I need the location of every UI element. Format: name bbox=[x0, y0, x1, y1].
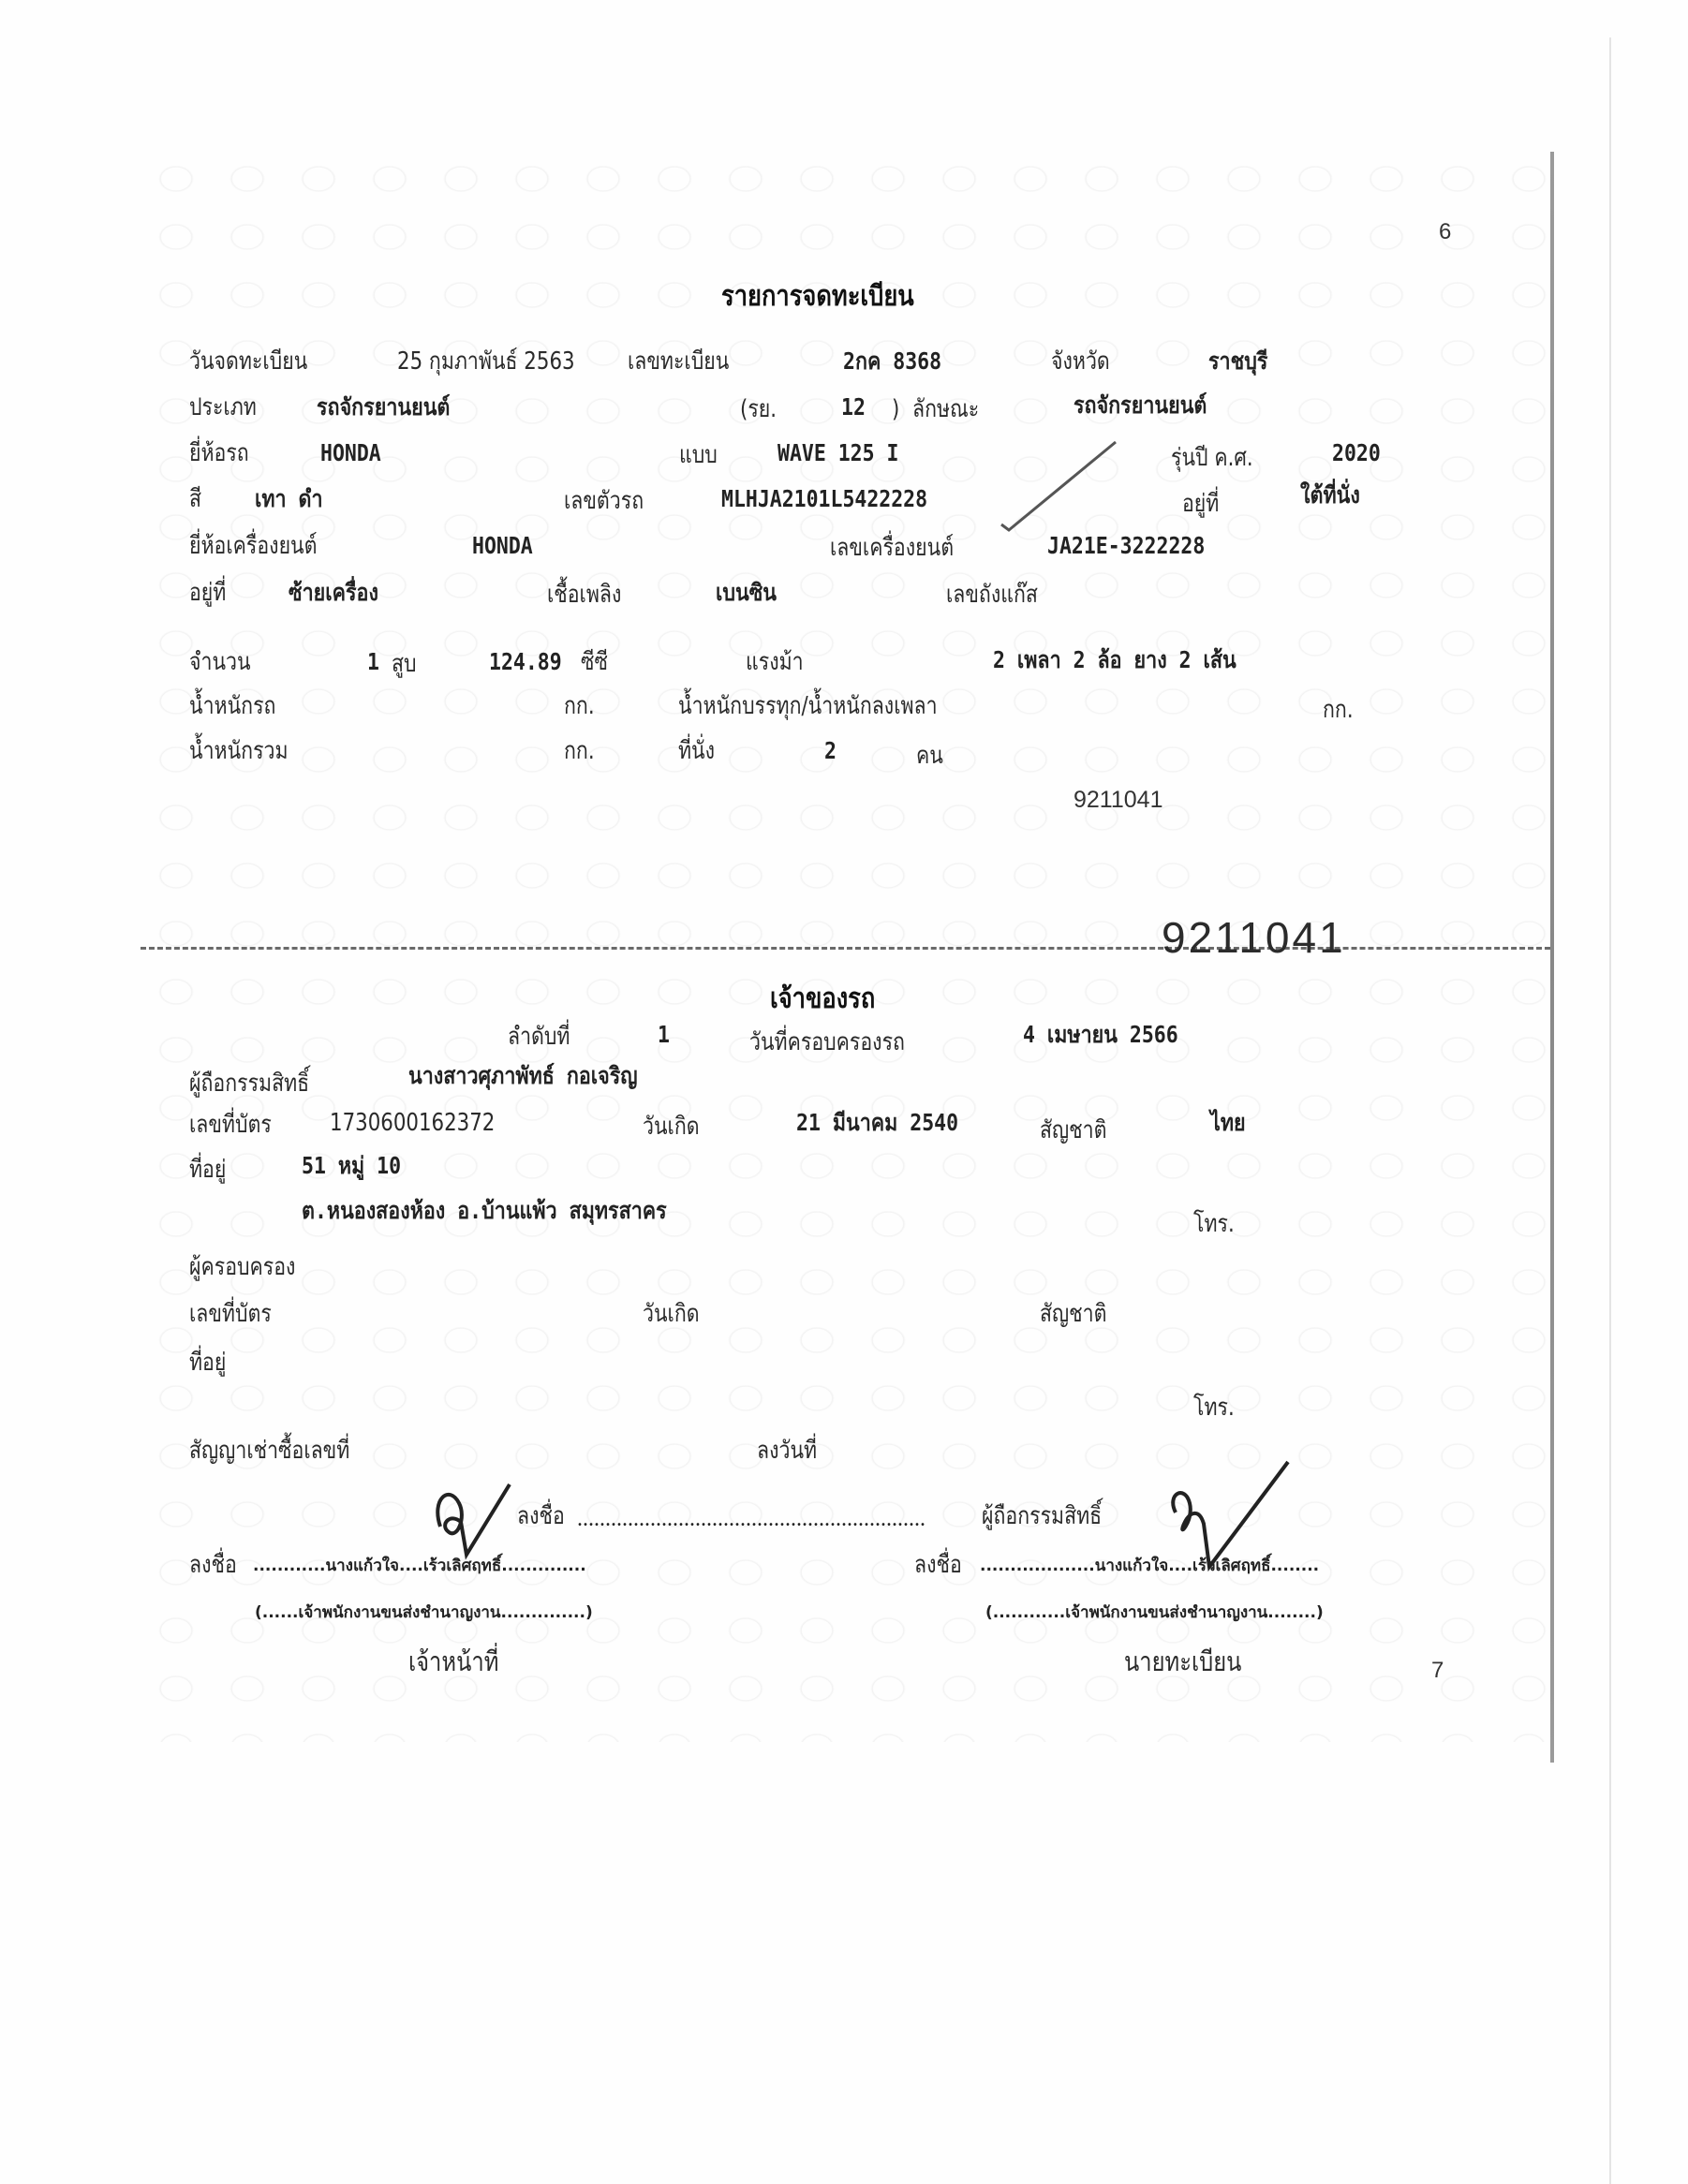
reg-date-label: วันจดทะเบียน bbox=[189, 349, 307, 374]
possessor-title: ผู้ครอบครอง bbox=[189, 1255, 295, 1279]
type-code-close: ) bbox=[892, 397, 899, 421]
fuel-value: เบนซิน bbox=[716, 581, 777, 604]
engine-no-label: เลขเครื่องยนต์ bbox=[830, 536, 954, 560]
engine-brand-value: HONDA bbox=[472, 534, 533, 557]
engine-no-value: JA21E-3222228 bbox=[1047, 534, 1205, 557]
plate-value: 2กค 8368 bbox=[843, 349, 941, 373]
year-value: 2020 bbox=[1332, 441, 1381, 465]
gross-weight-unit: กก. bbox=[564, 739, 595, 763]
axles-wheels-value: 2 เพลา 2 ล้อ ยาง 2 เส้น bbox=[993, 648, 1236, 671]
possessor-id-label: เลขที่บัตร bbox=[189, 1302, 272, 1326]
vin-value: MLHJA2101L5422228 bbox=[721, 487, 927, 510]
owner-id-label: เลขที่บัตร bbox=[189, 1113, 272, 1137]
cylinders-unit: สูบ bbox=[392, 652, 417, 676]
serial-number: 9211041 bbox=[1074, 789, 1162, 812]
hp-label: แรงม้า bbox=[746, 650, 804, 674]
fuel-label: เชื้อเพลิง bbox=[547, 583, 621, 607]
owner-dob-label: วันเกิด bbox=[643, 1114, 700, 1139]
type-code-open: (รย. bbox=[740, 397, 777, 421]
engine-brand-label: ยี่ห้อเครื่องยนต์ bbox=[189, 534, 317, 558]
scan-edge-line bbox=[1609, 37, 1611, 2184]
officer-position: (......เจ้าพนักงานขนส่งชำนาญงาน.........… bbox=[255, 1605, 593, 1621]
count-label: จำนวน bbox=[189, 650, 251, 674]
holder-name: นางสาวศุภาพัทธ์ กอเจริญ bbox=[408, 1064, 638, 1087]
type-value: รถจักรยานยนต์ bbox=[317, 395, 450, 419]
registrar-name: ...................นางแก้วใจ....เร้วเลิศ… bbox=[980, 1558, 1319, 1574]
province-label: จังหวัด bbox=[1051, 349, 1110, 374]
owner-order-label: ลำดับที่ bbox=[508, 1025, 570, 1049]
province-value: ราชบุรี bbox=[1208, 349, 1267, 373]
owner-dob-value: 21 มีนาคม 2540 bbox=[796, 1111, 958, 1134]
brand-label: ยี่ห้อรถ bbox=[189, 441, 249, 465]
check-mark-icon bbox=[998, 438, 1119, 532]
model-label: แบบ bbox=[679, 443, 718, 467]
owner-address-line2: ต.หนองสองห้อง อ.บ้านแพ้ว สมุทรสาคร bbox=[302, 1199, 667, 1222]
lease-label: สัญญาเช่าซื้อเลขที่ bbox=[189, 1439, 349, 1463]
page-number-top: 6 bbox=[1439, 221, 1451, 243]
registration-title: รายการจดทะเบียน bbox=[721, 283, 914, 311]
owner-sign-suffix: ผู้ถือกรรมสิทธิ์ bbox=[982, 1504, 1102, 1528]
style-value: รถจักรยานยนต์ bbox=[1074, 393, 1207, 417]
year-label: รุ่นปี ค.ศ. bbox=[1171, 446, 1253, 470]
owner-phone-label: โทร. bbox=[1193, 1212, 1235, 1236]
payload-label: น้ำหนักบรรทุก/น้ำหนักลงเพลา bbox=[678, 694, 938, 718]
payload-unit: กก. bbox=[1323, 698, 1354, 722]
seats-value: 2 bbox=[824, 739, 837, 762]
possessor-nationality-label: สัญชาติ bbox=[1040, 1302, 1106, 1326]
officer-role: เจ้าหน้าที่ bbox=[408, 1648, 498, 1675]
possession-date-label: วันที่ครอบครองรถ bbox=[749, 1030, 905, 1055]
plate-label: เลขทะเบียน bbox=[628, 349, 729, 374]
owner-id-value: 1730600162372 bbox=[330, 1111, 495, 1135]
owner-nationality-value: ไทย bbox=[1210, 1111, 1246, 1134]
cylinders-value: 1 bbox=[367, 650, 379, 673]
owner-address-label: ที่อยู่ bbox=[189, 1158, 226, 1182]
gross-weight-label: น้ำหนักรวม bbox=[189, 739, 289, 763]
vin-label: เลขตัวรถ bbox=[564, 489, 644, 513]
brand-value: HONDA bbox=[320, 441, 381, 465]
possession-date-value: 4 เมษายน 2566 bbox=[1023, 1023, 1178, 1046]
style-label: ลักษณะ bbox=[912, 397, 979, 421]
weight-unit: กก. bbox=[564, 694, 595, 718]
document-page: 6 รายการจดทะเบียน วันจดทะเบียน 25 กุมภาพ… bbox=[0, 0, 1688, 2184]
color-value: เทา ดำ bbox=[255, 487, 323, 510]
serial-stamp: 9211041 bbox=[1162, 916, 1346, 959]
owner-title: เจ้าของรถ bbox=[770, 985, 875, 1013]
reg-date-value: 25 กุมภาพันธ์ 2563 bbox=[397, 349, 575, 374]
engine-location-label: อยู่ที่ bbox=[189, 581, 226, 605]
possessor-address-label: ที่อยู่ bbox=[189, 1350, 226, 1375]
weight-label: น้ำหนักรถ bbox=[189, 694, 275, 718]
owner-sign-prefix: ลงชื่อ bbox=[517, 1504, 565, 1528]
type-label: ประเภท bbox=[189, 395, 257, 420]
owner-address-line1: 51 หมู่ 10 bbox=[302, 1154, 401, 1177]
page-number-bottom: 7 bbox=[1431, 1660, 1444, 1682]
gas-tank-label: เลขถังแก๊ส bbox=[946, 583, 1038, 607]
possessor-phone-label: โทร. bbox=[1193, 1395, 1235, 1420]
officer-sign-prefix: ลงชื่อ bbox=[189, 1553, 237, 1577]
officer-name: ............นางแก้วใจ....เร้วเลิศฤทธิ์..… bbox=[253, 1558, 586, 1574]
owner-nationality-label: สัญชาติ bbox=[1040, 1118, 1106, 1143]
holder-label: ผู้ถือกรรมสิทธิ์ bbox=[189, 1071, 309, 1096]
registrar-position: (............เจ้าพนักงานขนส่งชำนาญงาน...… bbox=[985, 1605, 1324, 1621]
page-right-edge bbox=[1550, 152, 1554, 1763]
seats-label: ที่นั่ง bbox=[678, 739, 715, 763]
possessor-dob-label: วันเกิด bbox=[643, 1302, 700, 1326]
model-value: WAVE 125 I bbox=[777, 441, 898, 465]
cc-unit: ซีซี bbox=[581, 650, 608, 674]
engine-location-value: ซ้ายเครื่อง bbox=[289, 581, 378, 604]
owner-sign-dots: ........................................… bbox=[577, 1508, 925, 1530]
signature-officer-icon bbox=[422, 1480, 515, 1564]
lease-date-label: ลงวันที่ bbox=[757, 1439, 817, 1463]
type-code-value: 12 bbox=[841, 395, 866, 419]
registrar-sign-prefix: ลงชื่อ bbox=[914, 1553, 962, 1577]
vin-location-label: อยู่ที่ bbox=[1182, 492, 1219, 516]
seats-unit: คน bbox=[916, 744, 943, 768]
vin-location-value: ใต้ที่นั่ง bbox=[1300, 483, 1360, 507]
registrar-role: นายทะเบียน bbox=[1124, 1648, 1241, 1675]
owner-order-value: 1 bbox=[658, 1023, 670, 1046]
cc-value: 124.89 bbox=[489, 650, 562, 673]
color-label: สี bbox=[189, 487, 201, 511]
